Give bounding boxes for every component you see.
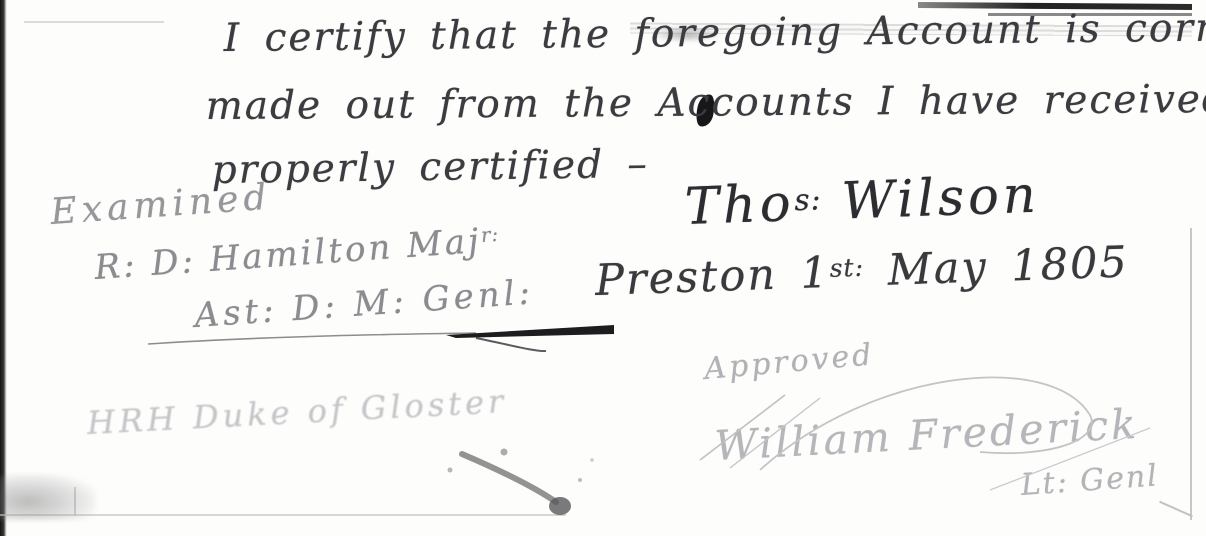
place-date-line: Preston 1st: May 1805 xyxy=(594,237,1129,306)
paper-crease-left xyxy=(24,21,164,23)
place-date-text: Preston 1 xyxy=(594,248,830,306)
certification-line-2: made out from the Accounts I have receiv… xyxy=(206,77,1206,129)
corner-ink-smudge xyxy=(0,474,96,520)
pen-flourish-underline xyxy=(146,322,616,352)
place-date-rest: May 1805 xyxy=(863,237,1129,296)
wilson-signature-superscript: s: xyxy=(794,182,822,217)
hamilton-signature: R: D: Hamilton Majr: xyxy=(93,220,501,288)
diagonal-ink-smudge xyxy=(440,440,600,520)
wilson-signature-text: Tho xyxy=(684,174,796,237)
examined-label: Examined xyxy=(49,177,273,233)
wilson-signature-surname: Wilson xyxy=(821,166,1041,233)
place-date-superscript: st: xyxy=(829,253,864,283)
signature-flourish-curves xyxy=(690,340,1170,510)
certification-line-1: I certify that the foregoing Account is … xyxy=(224,5,1206,61)
paper-right-edge xyxy=(1190,228,1192,520)
pencil-annotation: HRH Duke of Gloster xyxy=(86,382,508,442)
hamilton-signature-superscript: r: xyxy=(480,223,500,247)
hamilton-signature-text: R: D: Hamilton Maj xyxy=(93,221,483,288)
certification-line-3: properly certified – xyxy=(211,142,649,193)
wilson-signature: Thos: Wilson xyxy=(684,166,1041,237)
scan-left-edge-artifact xyxy=(0,0,7,536)
scanned-document-page: I certify that the foregoing Account is … xyxy=(0,0,1206,536)
